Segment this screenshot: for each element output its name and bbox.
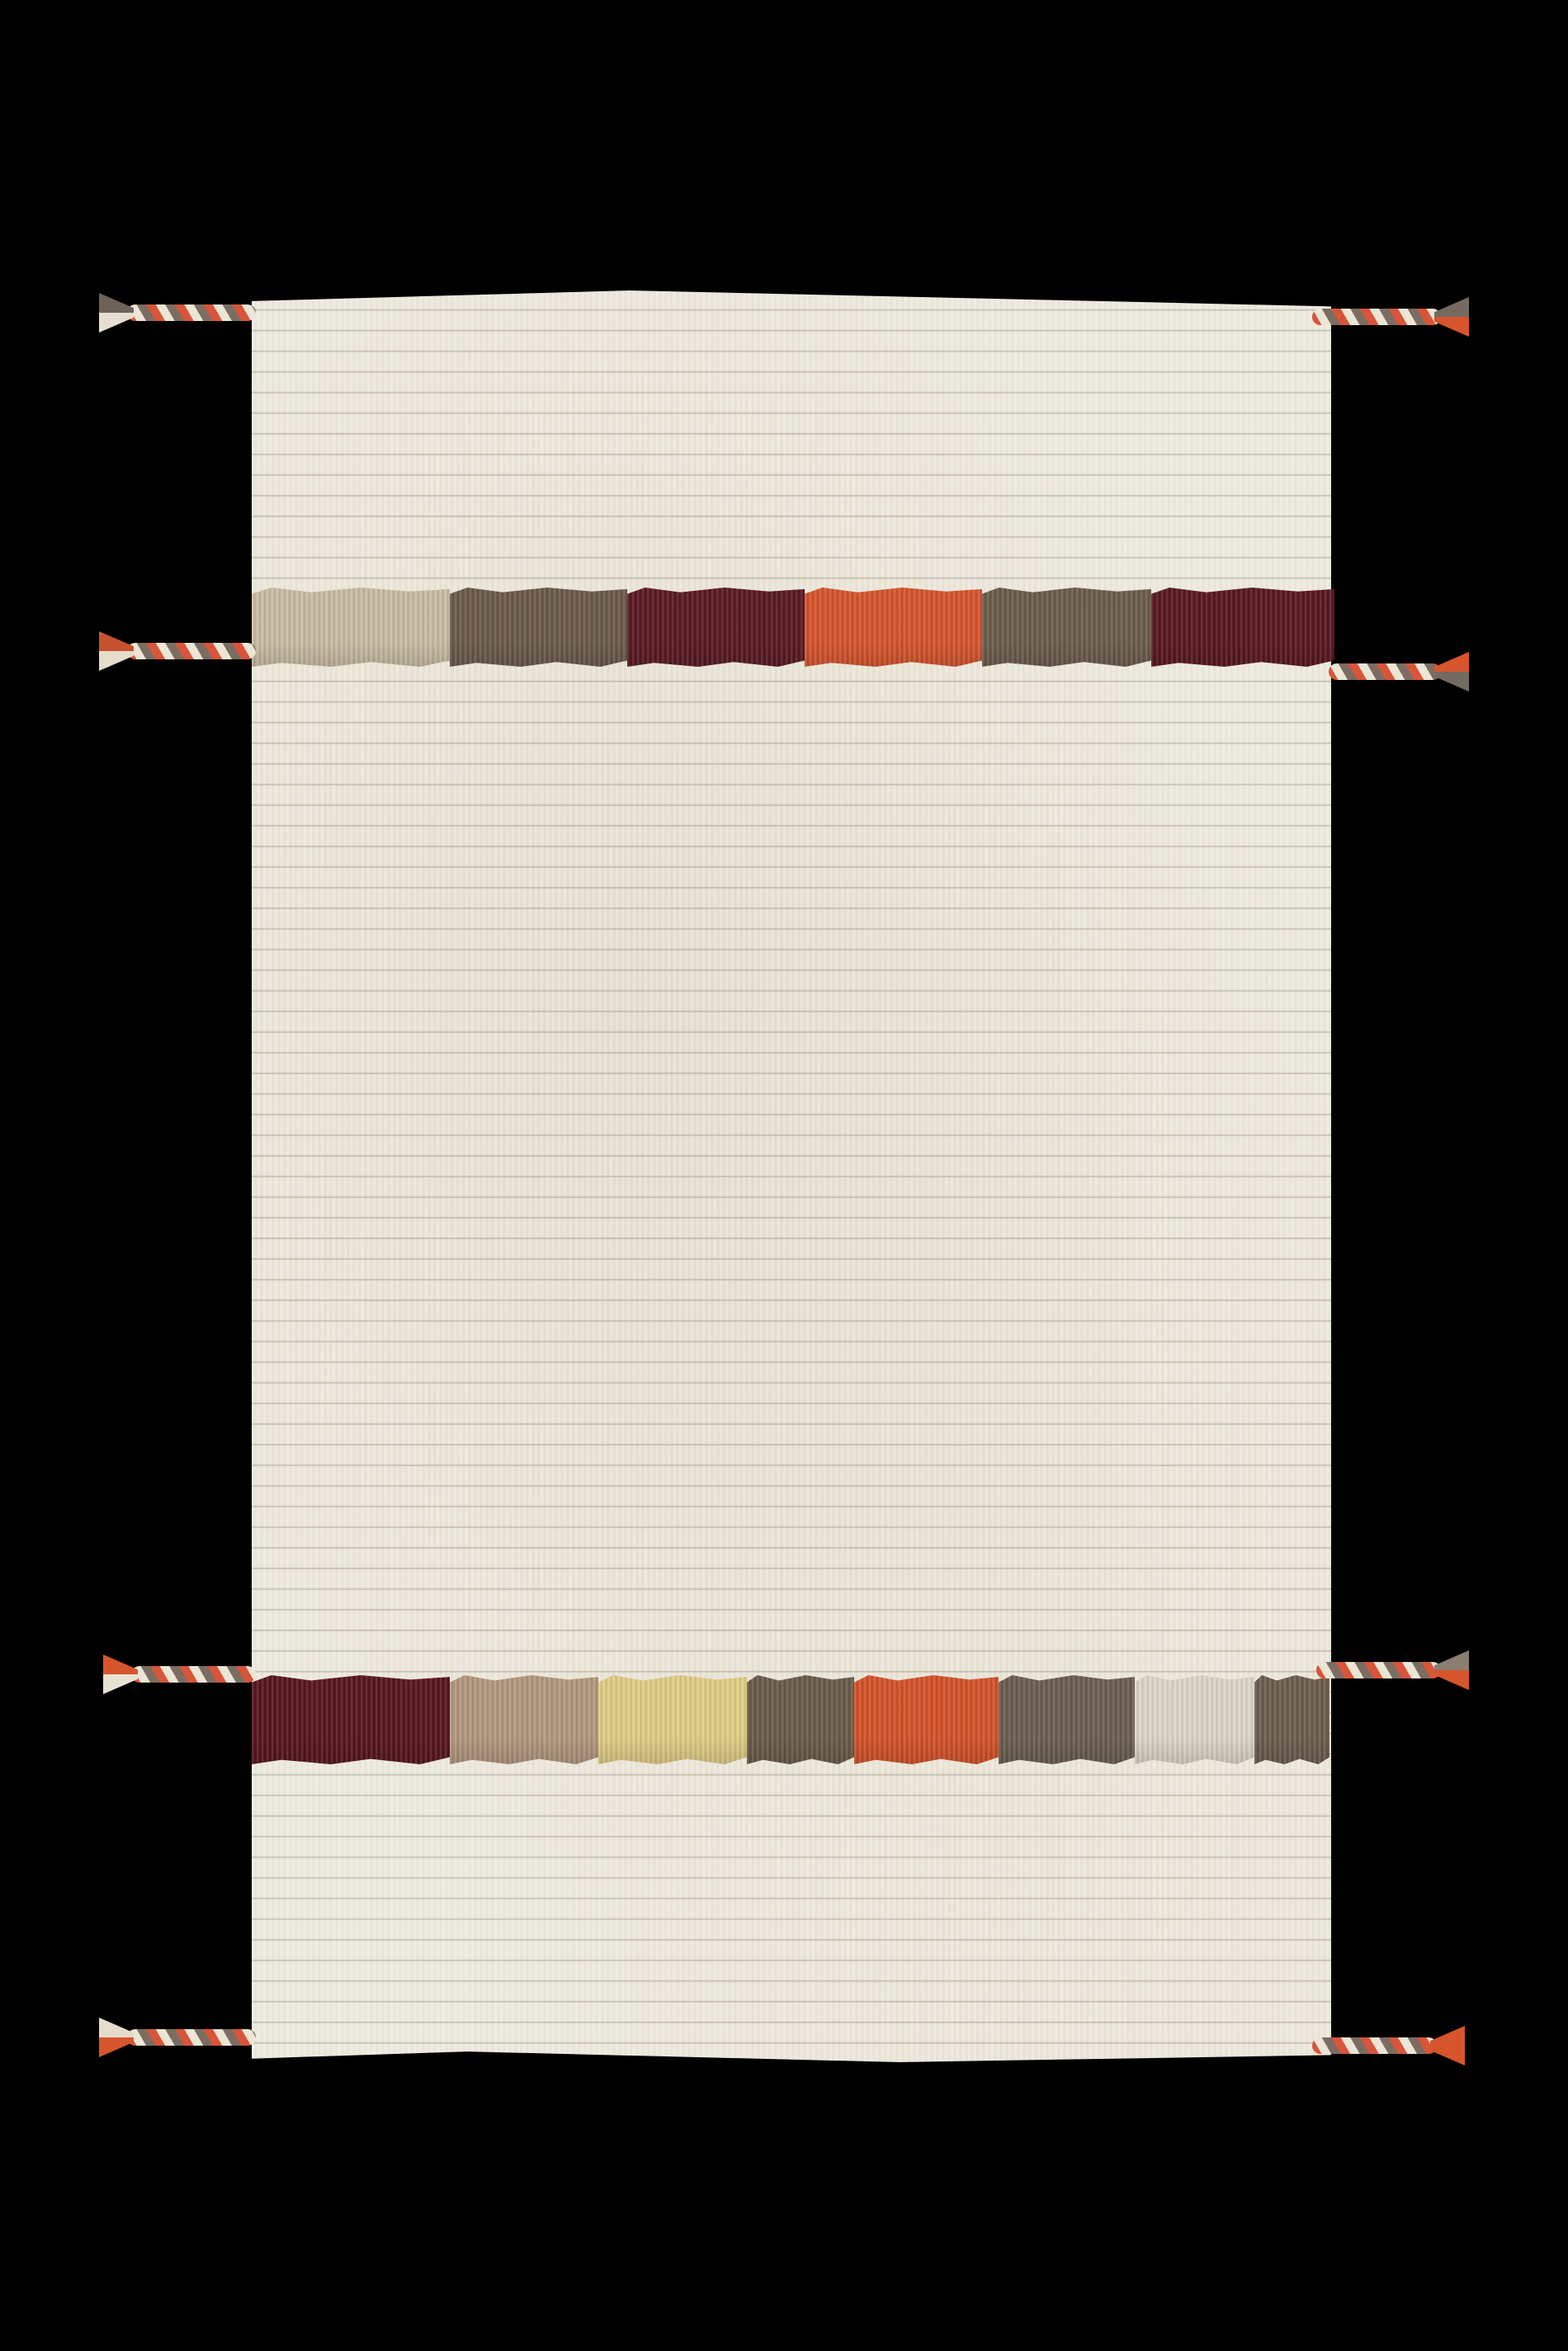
top-fringe-stripe bbox=[252, 588, 1334, 667]
fringe-block-taupe-brown bbox=[1254, 1675, 1329, 1764]
fringe-block-beige bbox=[252, 588, 450, 667]
tassel-tuft bbox=[99, 631, 134, 671]
tassel-tuft bbox=[1434, 652, 1469, 692]
fringe-block-taupe-brown bbox=[982, 588, 1151, 667]
tassel-braid bbox=[1329, 663, 1441, 680]
photo-backdrop bbox=[0, 0, 1568, 2351]
braided-tassel-right bbox=[1316, 1659, 1469, 1682]
tassel-braid bbox=[1312, 309, 1441, 325]
braided-tassel-right bbox=[1312, 305, 1469, 328]
fringe-block-burgundy bbox=[252, 1675, 450, 1764]
tassel-braid bbox=[1316, 1662, 1441, 1678]
tassel-tuft bbox=[99, 2018, 134, 2057]
tassel-braid bbox=[131, 1666, 256, 1683]
fringe-block-taupe-brown bbox=[747, 1675, 854, 1764]
bottom-fringe-stripe bbox=[252, 1675, 1329, 1764]
braided-tassel-right bbox=[1329, 660, 1469, 683]
fringe-block-burgundy bbox=[627, 588, 805, 667]
fringe-block-mustard bbox=[598, 1675, 747, 1764]
fringe-block-burgundy bbox=[1151, 588, 1334, 667]
tassel-tuft bbox=[1434, 1650, 1469, 1690]
fringe-block-orange bbox=[854, 1675, 999, 1764]
tassel-braid bbox=[127, 304, 256, 321]
fringe-block-orange bbox=[805, 588, 982, 667]
braided-tassel-left bbox=[99, 301, 256, 324]
fringe-block-taupe-brown bbox=[999, 1675, 1135, 1764]
fringe-block-off-white bbox=[1135, 1675, 1254, 1764]
fringe-block-camel bbox=[450, 1675, 598, 1764]
fringe-block-taupe-brown bbox=[450, 588, 627, 667]
tassel-tuft bbox=[1434, 297, 1469, 337]
braided-tassel-left bbox=[99, 2026, 256, 2049]
tassel-braid bbox=[1312, 2037, 1437, 2054]
braided-tassel-right bbox=[1312, 2034, 1465, 2057]
tassel-tuft bbox=[1430, 2026, 1465, 2065]
rug-body bbox=[252, 290, 1331, 2062]
tassel-tuft bbox=[103, 1655, 138, 1694]
tassel-braid bbox=[127, 2029, 256, 2046]
braided-tassel-left bbox=[99, 640, 256, 663]
tassel-tuft bbox=[99, 293, 134, 333]
braided-tassel-left bbox=[103, 1663, 256, 1686]
tassel-braid bbox=[127, 643, 256, 659]
